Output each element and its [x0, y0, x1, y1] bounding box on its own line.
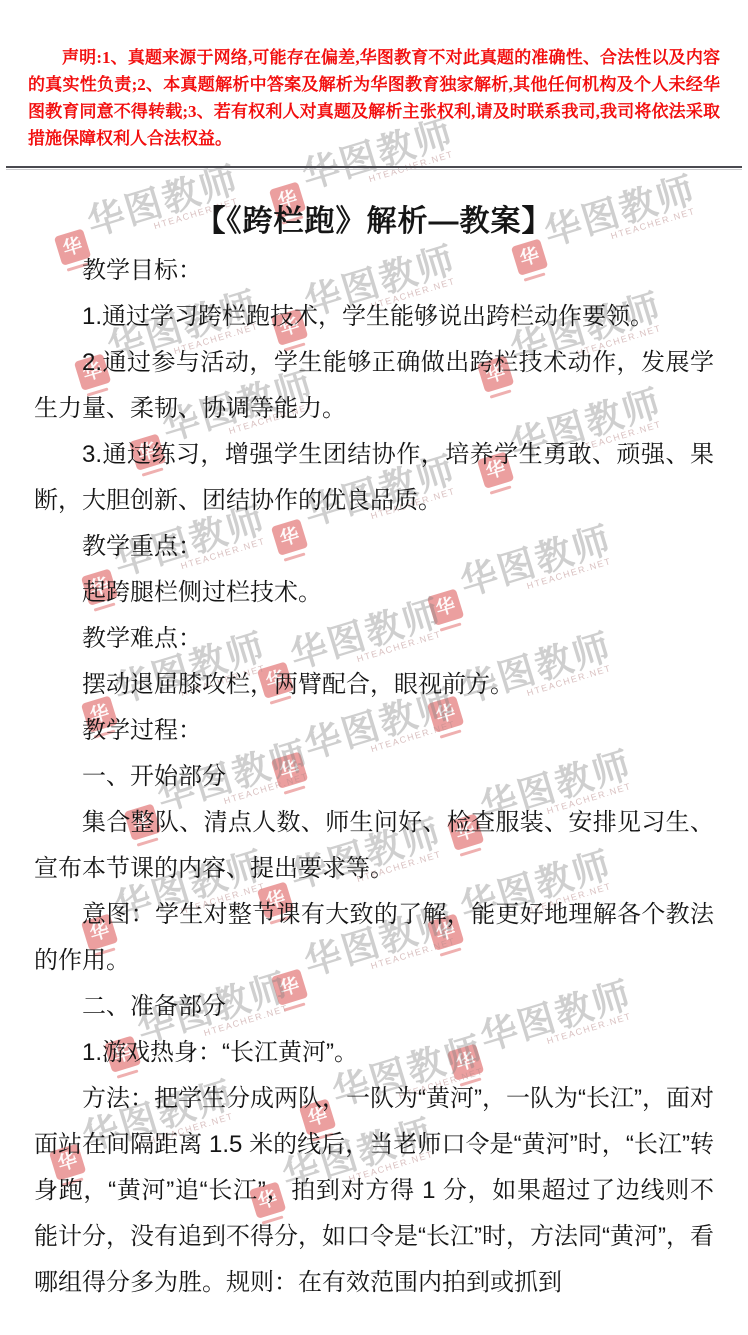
paragraph: 方法：把学生分成两队，一队为“黄河”，一队为“长江”，面对面站在间隔距离 1.5… — [34, 1076, 714, 1306]
paragraph: 教学过程： — [34, 708, 714, 754]
paragraph: 3.通过练习，增强学生团结协作，培养学生勇敢、顽强、果断，大胆创新、团结协作的优… — [34, 432, 714, 524]
divider-line — [6, 166, 742, 170]
document-content: 声明:1、真题来源于网络,可能存在偏差,华图教育不对此真题的准确性、合法性以及内… — [0, 0, 748, 1335]
paragraph: 教学难点： — [34, 616, 714, 662]
paragraph: 1.通过学习跨栏跑技术，学生能够说出跨栏动作要领。 — [34, 294, 714, 340]
page-title: 【《跨栏跑》解析—教案】 — [0, 196, 748, 240]
disclaimer-text: 声明:1、真题来源于网络,可能存在偏差,华图教育不对此真题的准确性、合法性以及内… — [28, 44, 720, 152]
disclaimer-body: 1、真题来源于网络,可能存在偏差,华图教育不对此真题的准确性、合法性以及内容的真… — [28, 48, 720, 148]
paragraph: 二、准备部分 — [34, 984, 714, 1030]
paragraph: 教学重点： — [34, 524, 714, 570]
disclaimer-label: 声明: — [62, 48, 102, 67]
paragraph: 教学目标： — [34, 248, 714, 294]
paragraph: 起跨腿栏侧过栏技术。 — [34, 570, 714, 616]
paragraph: 一、开始部分 — [34, 754, 714, 800]
document-page: 华华图教师HTEACHER.NET华华图教师HTEACHER.NET华华图教师H… — [0, 0, 748, 1335]
paragraph: 意图：学生对整节课有大致的了解，能更好地理解各个教法的作用。 — [34, 892, 714, 984]
paragraph: 摆动退屈膝攻栏，两臂配合，眼视前方。 — [34, 662, 714, 708]
document-body: 教学目标：1.通过学习跨栏跑技术，学生能够说出跨栏动作要领。2.通过参与活动，学… — [34, 248, 714, 1306]
paragraph: 集合整队、清点人数、师生问好、检查服装、安排见习生、宣布本节课的内容、提出要求等… — [34, 800, 714, 892]
paragraph: 2.通过参与活动，学生能够正确做出跨栏技术动作，发展学生力量、柔韧、协调等能力。 — [34, 340, 714, 432]
paragraph: 1.游戏热身：“长江黄河”。 — [34, 1030, 714, 1076]
